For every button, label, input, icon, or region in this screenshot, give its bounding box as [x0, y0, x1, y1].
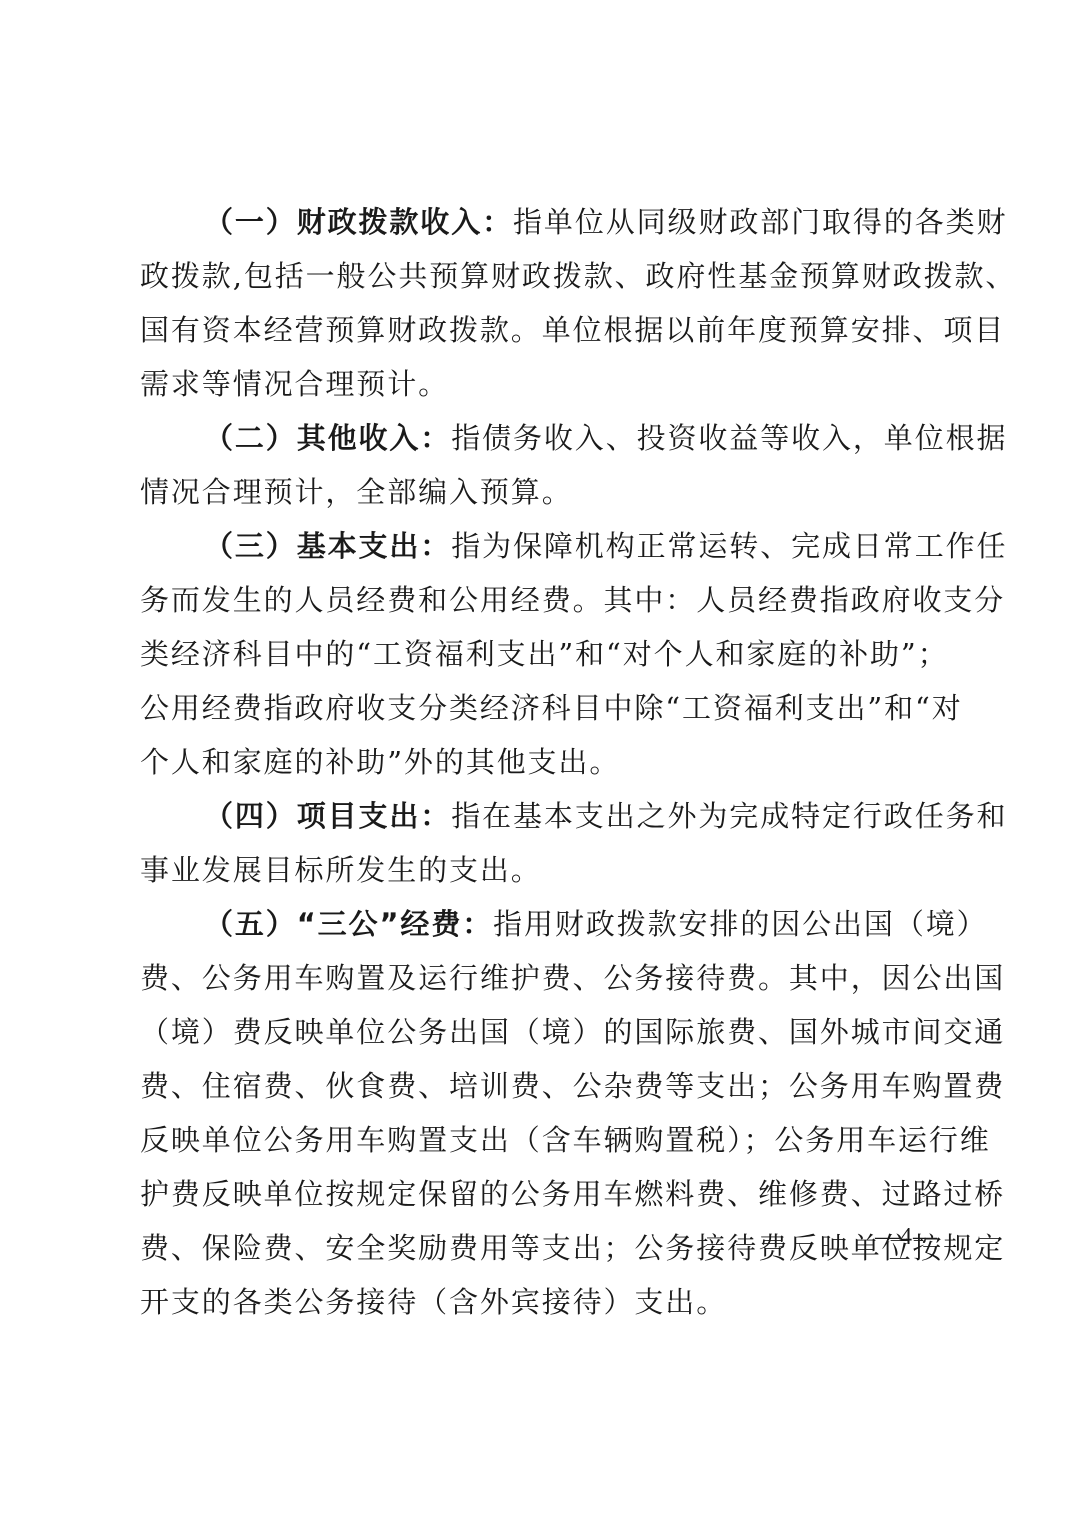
- section-5-line-8: 开支的各类公务接待（含外宾接待）支出。: [140, 1282, 936, 1322]
- section-4-line-1: （四）项目支出：指在基本支出之外为完成特定行政任务和: [204, 796, 936, 836]
- section-5-line-7: 费、保险费、安全奖励费用等支出；公务接待费反映单位按规定: [140, 1228, 936, 1268]
- section-5-line-5: 反映单位公务用车购置支出（含车辆购置税）；公务用车运行维: [140, 1120, 936, 1160]
- section-5-line-4: 费、住宿费、伙食费、培训费、公杂费等支出；公务用车购置费: [140, 1066, 936, 1106]
- page-number: —4—: [858, 1222, 938, 1252]
- section-2-line-2: 情况合理预计，全部编入预算。: [140, 472, 936, 512]
- section-5-line-2: 费、公务用车购置及运行维护费、公务接待费。其中，因公出国: [140, 958, 936, 998]
- section-1-line-4: 需求等情况合理预计。: [140, 364, 936, 404]
- section-1-heading: （一）财政拨款收入：: [204, 205, 513, 239]
- section-3-line-2: 务而发生的人员经费和公用经费。其中：人员经费指政府收支分: [140, 580, 936, 620]
- section-1-line-3: 国有资本经营预算财政拨款。单位根据以前年度预算安排、项目: [140, 310, 936, 350]
- section-5-line-6: 护费反映单位按规定保留的公务用车燃料费、维修费、过路过桥: [140, 1174, 936, 1214]
- section-5-line-1: （五）“三公”经费：指用财政拨款安排的因公出国（境）: [204, 904, 936, 944]
- section-3-line-5: 个人和家庭的补助”外的其他支出。: [140, 742, 936, 782]
- document-page: （一）财政拨款收入：指单位从同级财政部门取得的各类财 政拨款,包括一般公共预算财…: [0, 0, 1074, 1520]
- section-3-line-3: 类经济科目中的“工资福利支出”和“对个人和家庭的补助”；: [140, 634, 936, 674]
- section-4-line-2: 事业发展目标所发生的支出。: [140, 850, 936, 890]
- section-5-heading: （五）“三公”经费：: [204, 907, 493, 941]
- section-3-line-1: （三）基本支出：指为保障机构正常运转、完成日常工作任: [204, 526, 936, 566]
- section-2-heading: （二）其他收入：: [204, 421, 451, 455]
- section-3-heading: （三）基本支出：: [204, 529, 451, 563]
- section-2-line-1: （二）其他收入：指债务收入、投资收益等收入，单位根据: [204, 418, 936, 458]
- section-3-line-4: 公用经费指政府收支分类经济科目中除“工资福利支出”和“对: [140, 688, 936, 728]
- section-4-heading: （四）项目支出：: [204, 799, 451, 833]
- section-5-line-3: （境）费反映单位公务出国（境）的国际旅费、国外城市间交通: [140, 1012, 936, 1052]
- section-1-line-1: （一）财政拨款收入：指单位从同级财政部门取得的各类财: [204, 202, 936, 242]
- section-1-line-2: 政拨款,包括一般公共预算财政拨款、政府性基金预算财政拨款、: [140, 256, 936, 296]
